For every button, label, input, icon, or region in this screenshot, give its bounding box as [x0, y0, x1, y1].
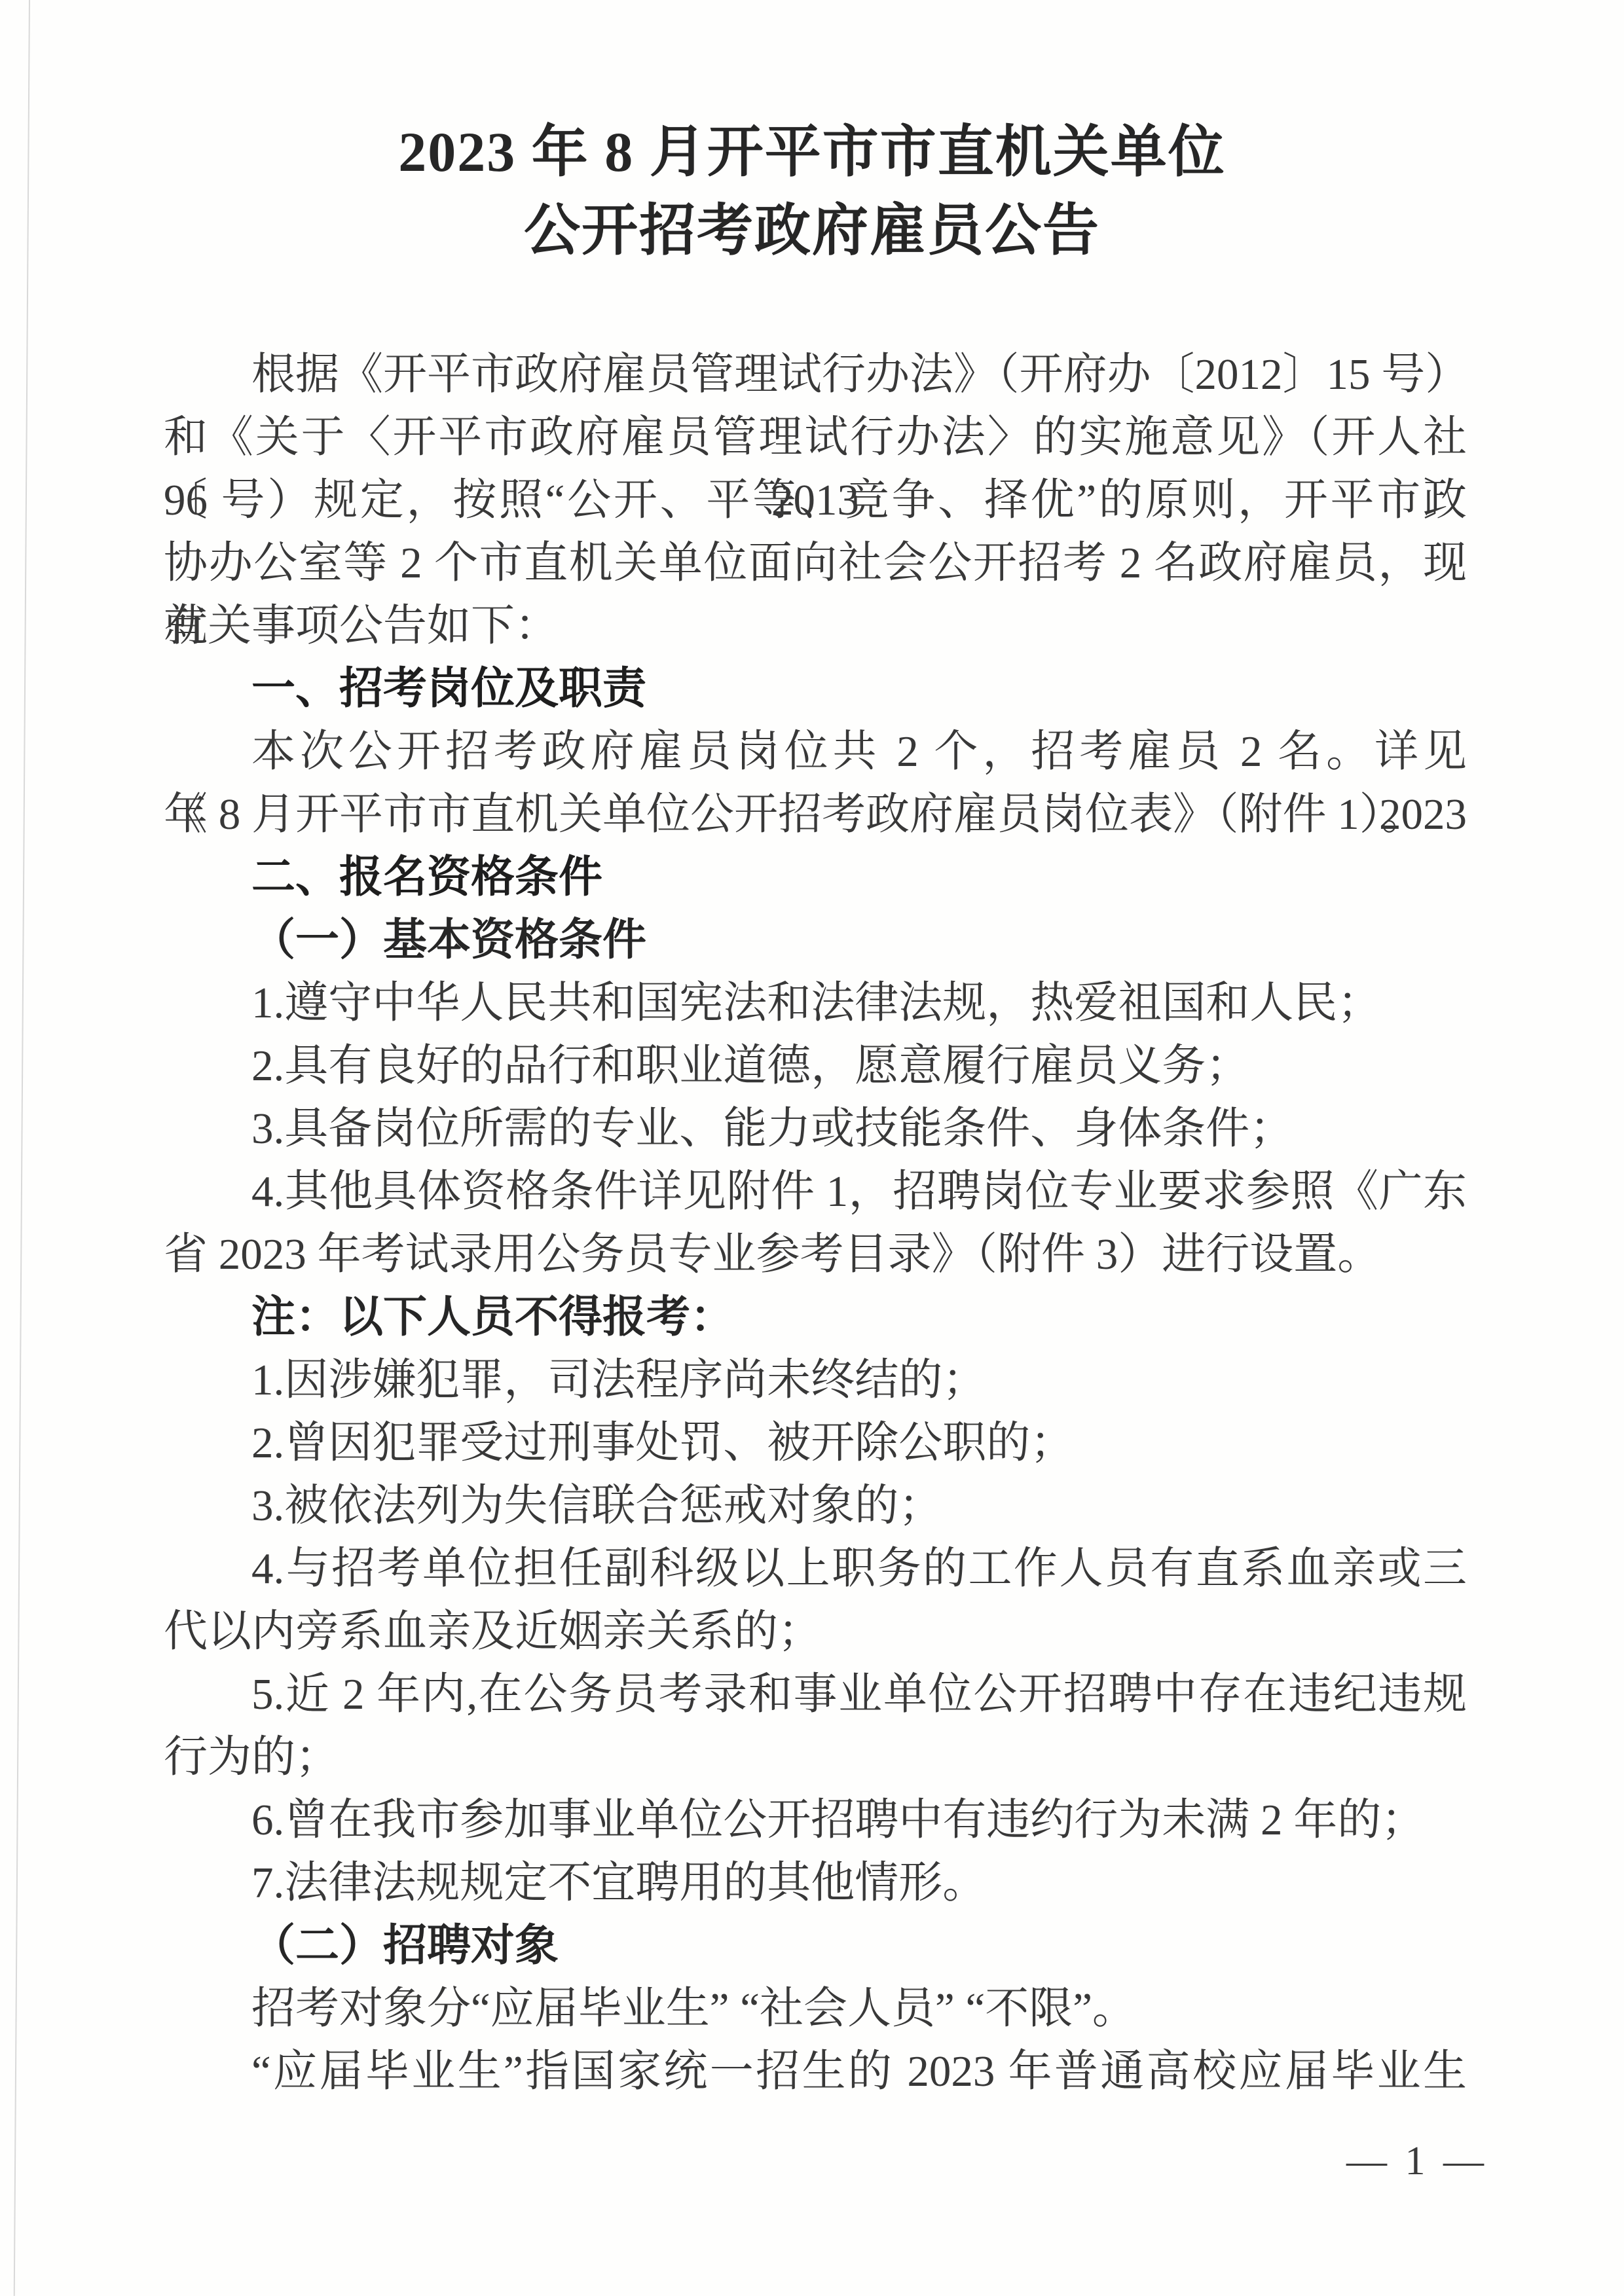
basic-qual-item-4-line-2: 省 2023 年考试录用公务员专业参考目录》（附件 3）进行设置。	[164, 1223, 1467, 1286]
basic-qual-item-4-line-1: 4.其他具体资格条件详见附件 1，招聘岗位专业要求参照《广东	[164, 1160, 1467, 1223]
basic-qual-item-2: 2.具有良好的品行和职业道德，愿意履行雇员义务；	[164, 1034, 1467, 1097]
targets-line-1: 招考对象分“应届毕业生” “社会人员” “不限”。	[164, 1977, 1467, 2040]
intro-line-1: 根据《开平市政府雇员管理试行办法》（开府办〔2012〕15 号）	[164, 343, 1467, 406]
title-line-2: 公开招考政府雇员公告	[0, 191, 1624, 270]
document-page: 2023 年 8 月开平市市直机关单位 公开招考政府雇员公告 根据《开平市政府雇…	[0, 0, 1624, 2296]
subheading-recruitment-targets: （二）招聘对象	[164, 1914, 1467, 1977]
ineligible-item-6: 6.曾在我市参加事业单位公开招聘中有违约行为未满 2 年的；	[164, 1789, 1467, 1851]
heading-section-2-qualifications: 二、报名资格条件	[164, 846, 1467, 909]
ineligible-item-5-line-1: 5.近 2 年内,在公务员考录和事业单位公开招聘中存在违纪违规	[164, 1663, 1467, 1726]
positions-para-line-2: 年 8 月开平市市直机关单位公开招考政府雇员岗位表》（附件 1）。	[164, 783, 1467, 846]
document-body: 根据《开平市政府雇员管理试行办法》（开府办〔2012〕15 号） 和《关于〈开平…	[164, 343, 1467, 2103]
intro-line-5: 有关事项公告如下：	[164, 594, 1467, 657]
ineligible-item-1: 1.因涉嫌犯罪，司法程序尚未终结的；	[164, 1349, 1467, 1412]
targets-line-2: “应届毕业生”指国家统一招生的 2023 年普通高校应届毕业生	[164, 2040, 1467, 2103]
subheading-basic-qualifications: （一）基本资格条件	[164, 909, 1467, 972]
note-heading-ineligible: 注：以下人员不得报考：	[164, 1286, 1467, 1349]
ineligible-item-4-line-2: 代以内旁系血亲及近姻亲关系的；	[164, 1600, 1467, 1663]
positions-para-line-1: 本次公开招考政府雇员岗位共 2 个，招考雇员 2 名。详见《2023	[164, 720, 1467, 783]
basic-qual-item-3: 3.具备岗位所需的专业、能力或技能条件、身体条件；	[164, 1097, 1467, 1160]
intro-line-3: 96 号）规定，按照“公开、平等、竞争、择优”的原则，开平市政	[164, 469, 1467, 532]
title-line-1: 2023 年 8 月开平市市直机关单位	[0, 113, 1624, 191]
basic-qual-item-1: 1.遵守中华人民共和国宪法和法律法规，热爱祖国和人民；	[164, 972, 1467, 1034]
intro-line-4: 协办公室等 2 个市直机关单位面向社会公开招考 2 名政府雇员，现就	[164, 532, 1467, 594]
ineligible-item-7: 7.法律法规规定不宜聘用的其他情形。	[164, 1851, 1467, 1914]
ineligible-item-4-line-1: 4.与招考单位担任副科级以上职务的工作人员有直系血亲或三	[164, 1537, 1467, 1600]
intro-line-2: 和《关于〈开平市政府雇员管理试行办法〉的实施意见》（开人社〔2013〕	[164, 406, 1467, 469]
ineligible-item-3: 3.被依法列为失信联合惩戒对象的；	[164, 1474, 1467, 1537]
page-number: — 1 —	[1346, 2132, 1488, 2191]
document-title: 2023 年 8 月开平市市直机关单位 公开招考政府雇员公告	[0, 113, 1624, 270]
ineligible-item-5-line-2: 行为的；	[164, 1726, 1467, 1789]
scan-artifact-line	[14, 0, 30, 2296]
heading-section-1-positions: 一、招考岗位及职责	[164, 657, 1467, 720]
ineligible-item-2: 2.曾因犯罪受过刑事处罚、被开除公职的；	[164, 1412, 1467, 1474]
